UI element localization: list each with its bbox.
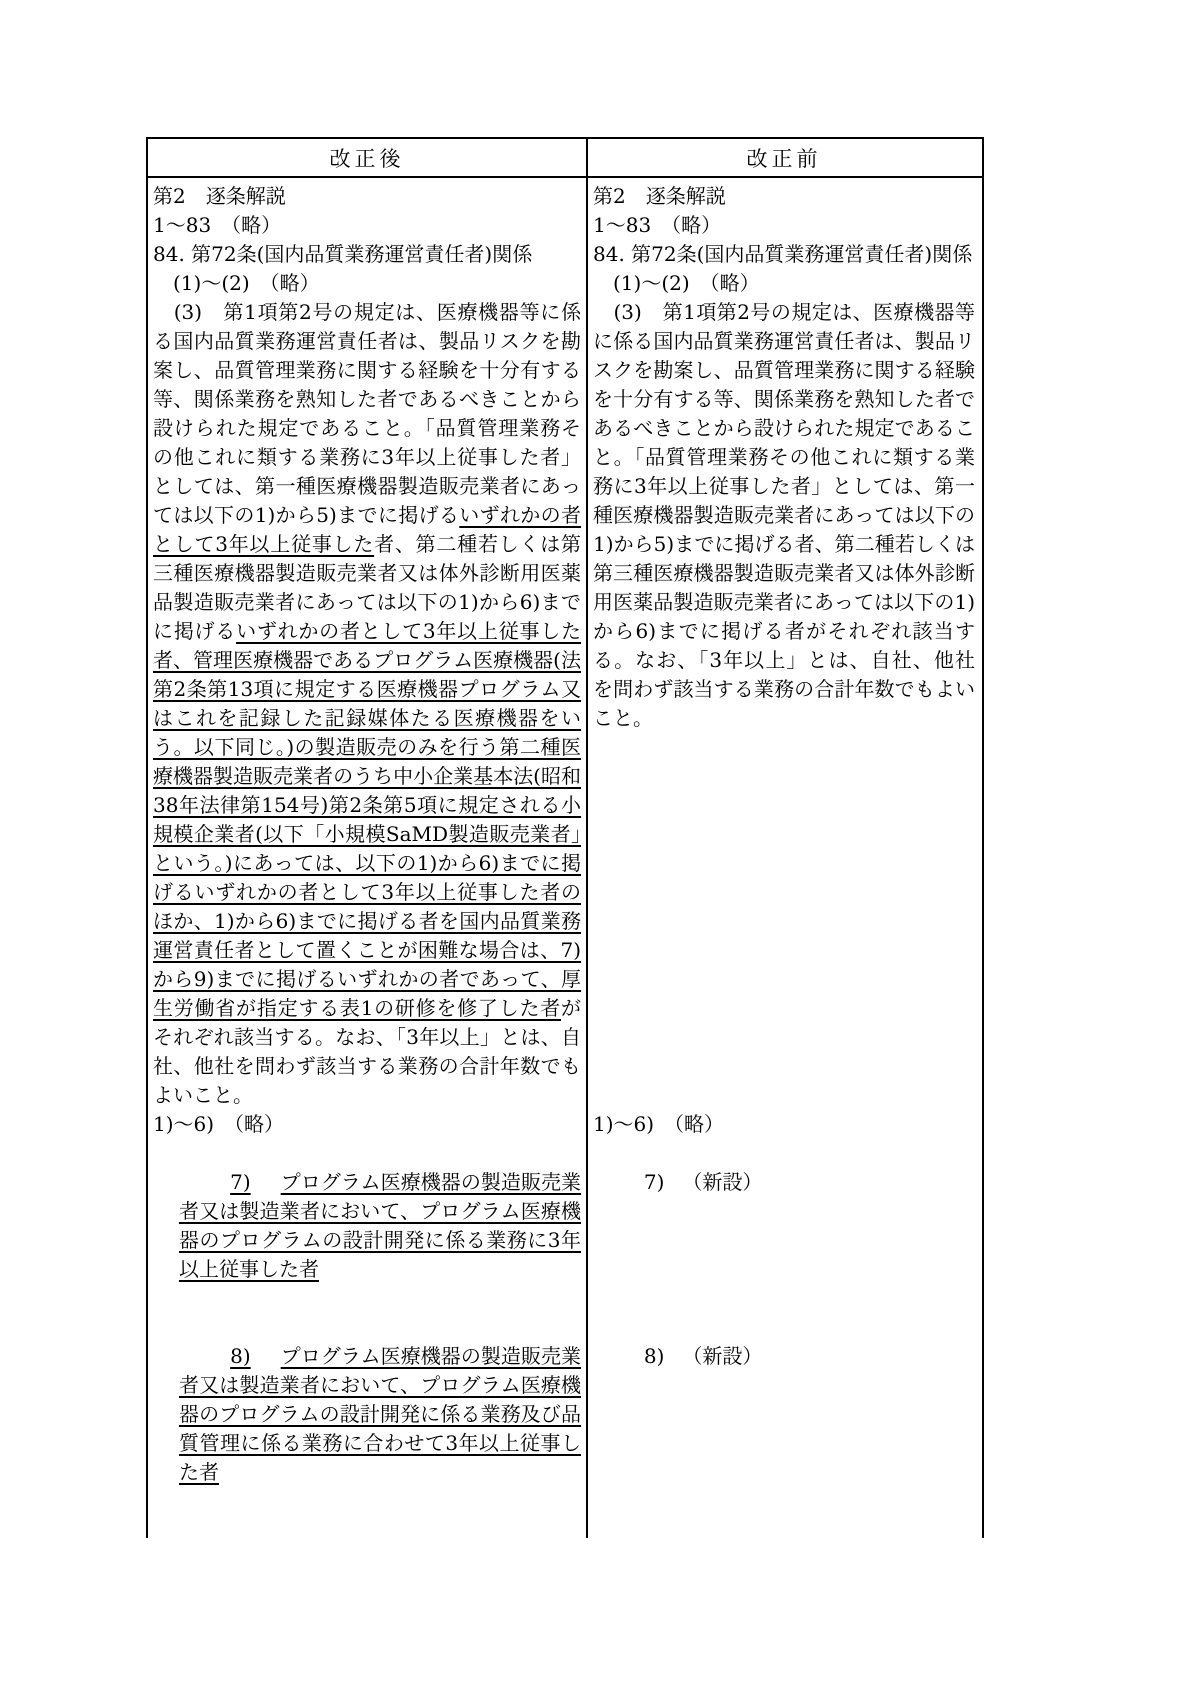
paragraph-3-before: (3) 第1項第2号の規定は、医療機器等に係る国内品質業務運営責任者は、製品リス… — [593, 298, 975, 733]
item-9-after: 9)ソフトウェア開発に係る業務に主たる開発の責任者として3年以上従事した者 — [153, 1516, 581, 1538]
table-row-items-1-6: 1)～6) （略） 1)～6) （略） — [148, 1110, 982, 1139]
after-item-7-cell: 7)プログラム医療機器の製造販売業者又は製造業者において、プログラム医療機器のプ… — [148, 1139, 588, 1313]
before-items-1-6-cell: 1)～6) （略） — [588, 1110, 980, 1139]
items-1-6-abbrev: 1)～6) （略） — [153, 1110, 581, 1139]
table-row-item-7: 7)プログラム医療機器の製造販売業者又は製造業者において、プログラム医療機器のプ… — [148, 1139, 982, 1313]
item-7-after: 7)プログラム医療機器の製造販売業者又は製造業者において、プログラム医療機器のプ… — [153, 1139, 581, 1313]
after-column-top-cell: 第2 逐条解説 1～83 （略） 84. 第72条(国内品質業務運営責任者)関係… — [148, 178, 588, 1110]
items-1-83-abbrev: 1～83 （略） — [153, 211, 581, 240]
column-header-after: 改正後 — [148, 139, 588, 176]
items-1-6-abbrev: 1)～6) （略） — [593, 1110, 975, 1139]
paragraph-1-2-abbrev: (1)～(2) （略） — [153, 269, 581, 298]
table-row-top: 第2 逐条解説 1～83 （略） 84. 第72条(国内品質業務運営責任者)関係… — [148, 178, 982, 1110]
item-7-marker: 7) — [230, 1170, 251, 1194]
new-provision-label: （新設） — [682, 1344, 762, 1368]
before-item-8-cell: 8)（新設） — [588, 1313, 980, 1516]
article-72-heading: 84. 第72条(国内品質業務運営責任者)関係 — [153, 240, 581, 269]
item-8-marker: 8) — [230, 1344, 251, 1368]
before-column-top-cell: 第2 逐条解説 1～83 （略） 84. 第72条(国内品質業務運営責任者)関係… — [588, 178, 980, 1110]
item-7-before: 7)（新設） — [593, 1139, 975, 1226]
section-heading: 第2 逐条解説 — [153, 182, 581, 211]
section-heading: 第2 逐条解説 — [593, 182, 975, 211]
before-item-9-cell: 9)（新設） — [588, 1516, 980, 1538]
table-header-row: 改正後 改正前 — [148, 139, 982, 178]
paragraph-1-2-abbrev: (1)～(2) （略） — [593, 269, 975, 298]
item-7-marker: 7) — [644, 1170, 665, 1194]
comparison-table: 改正後 改正前 第2 逐条解説 1～83 （略） 84. 第72条(国内品質業務… — [146, 137, 984, 1538]
item-8-marker: 8) — [644, 1344, 665, 1368]
article-72-heading: 84. 第72条(国内品質業務運営責任者)関係 — [593, 240, 975, 269]
item-8-before: 8)（新設） — [593, 1313, 975, 1400]
table-row-item-8: 8)プログラム医療機器の製造販売業者又は製造業者において、プログラム医療機器のプ… — [148, 1313, 982, 1516]
table-row-item-9: 9)ソフトウェア開発に係る業務に主たる開発の責任者として3年以上従事した者 9)… — [148, 1516, 982, 1538]
after-item-9-cell: 9)ソフトウェア開発に係る業務に主たる開発の責任者として3年以上従事した者 — [148, 1516, 588, 1538]
item-8-after: 8)プログラム医療機器の製造販売業者又は製造業者において、プログラム医療機器のプ… — [153, 1313, 581, 1516]
new-provision-label: （新設） — [682, 1170, 762, 1194]
item-9-before: 9)（新設） — [593, 1516, 975, 1538]
column-header-before: 改正前 — [588, 139, 980, 176]
items-1-83-abbrev: 1～83 （略） — [593, 211, 975, 240]
document-page: { "page": { "background_color": "#ffffff… — [0, 0, 1181, 1695]
after-item-8-cell: 8)プログラム医療機器の製造販売業者又は製造業者において、プログラム医療機器のプ… — [148, 1313, 588, 1516]
paragraph-3-after: (3) 第1項第2号の規定は、医療機器等に係る国内品質業務運営責任者は、製品リス… — [153, 298, 581, 1110]
before-item-7-cell: 7)（新設） — [588, 1139, 980, 1313]
after-items-1-6-cell: 1)～6) （略） — [148, 1110, 588, 1139]
